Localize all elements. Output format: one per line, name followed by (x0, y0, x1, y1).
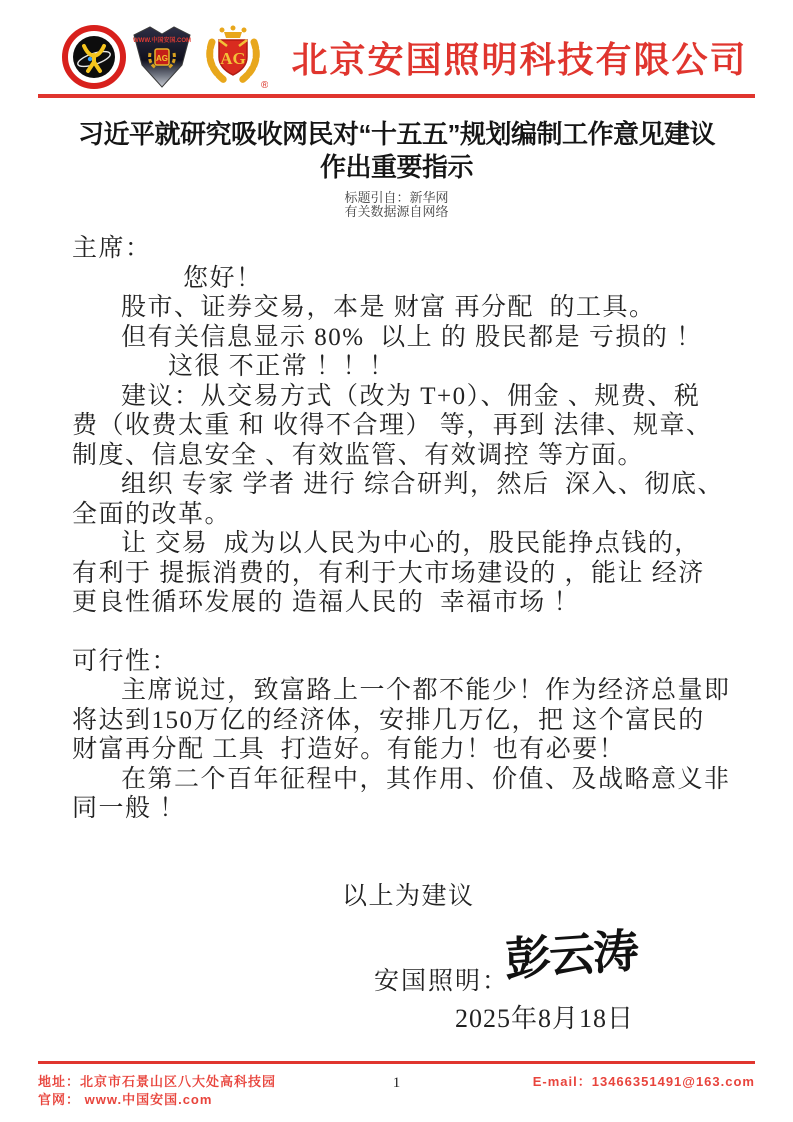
header: WWW.中国安国.COM AG AG ® 北京安国照明科技有限公司 (0, 0, 793, 90)
logo-row: WWW.中国安国.COM AG AG ® (62, 24, 268, 90)
handwritten-signature: 彭云涛 (505, 934, 637, 976)
body-line: 这很 不正常 ！！！ (72, 352, 737, 382)
body-line: 费（收费太重 和 收得不合理） 等，再到 法律、规章、 (72, 411, 737, 441)
footer-contact-left: 地址：北京市石景山区八大处高科技园 官网： www.中国安国.com (38, 1073, 276, 1109)
body-line: 制度、信息安全 、有效监管、有效调控 等方面。 (72, 441, 737, 471)
body-line: 将达到150万亿的经济体，安排几万亿，把 这个富民的 (72, 706, 737, 736)
laurel-ag-text: AG (220, 49, 246, 68)
laurel-ag-logo-icon: AG ® (198, 24, 268, 90)
body-line: 有利于 提振消费的，有利于大市场建设的 ，能让 经济 (72, 559, 737, 589)
body-line: 可行性： (72, 647, 737, 677)
body-line: 股市、证券交易，本是 财富 再分配 的工具。 (72, 293, 737, 323)
signer-label: 安国照明： (374, 965, 509, 998)
body-line: 组织 专家 学者 进行 综合研判，然后 深入、彻底、 (72, 470, 737, 500)
signature-row: 安国照明： 彭云涛 (72, 965, 637, 998)
body-line: 更良性循环发展的 造福人民的 幸福市场 ！ (72, 588, 737, 618)
body-line: 主席说过，致富路上一个都不能少！作为经济总量即 (72, 676, 737, 706)
footer-website: 官网： www.中国安国.com (38, 1091, 276, 1109)
letter-body: 主席： 您好！ 股市、证券交易，本是 财富 再分配 的工具。 但有关信息显示 8… (72, 234, 737, 1034)
company-name: 北京安国照明科技有限公司 (284, 32, 755, 83)
body-line: 全面的改革。 (72, 500, 737, 530)
closing-line: 以上为建议 (342, 882, 737, 912)
medal-figure-logo-icon (62, 25, 126, 89)
body-line: 但有关信息显示 80% 以上 的 股民都是 亏损的 ！ (72, 323, 737, 353)
registered-mark: ® (261, 80, 268, 90)
title-line-1: 习近平就研究吸收网民对“十五五”规划编制工作意见建议 (0, 118, 793, 151)
shield-arc-text: WWW.中国安国.COM (133, 36, 191, 44)
source-line-2: 有关数据源自网络 (0, 205, 793, 219)
source-note: 标题引自：新华网 有关数据源自网络 (0, 191, 793, 219)
body-line: 同一般 ！ (72, 794, 737, 824)
header-divider (38, 94, 755, 98)
body-line: 在第二个百年征程中，其作用、价值、及战略意义非 (72, 765, 737, 795)
body-line: 主席： (72, 234, 737, 264)
shield-logo-icon: WWW.中国安国.COM AG (129, 25, 195, 89)
footer-address: 地址：北京市石景山区八大处高科技园 (38, 1073, 276, 1091)
footer-email: E-mail：13466351491@163.com (533, 1073, 755, 1091)
body-line: 让 交易 成为以人民为中心的，股民能挣点钱的， (72, 529, 737, 559)
page-number: 1 (393, 1075, 401, 1092)
date-line: 2025年8月18日 (72, 1004, 634, 1034)
letter-page: WWW.中国安国.COM AG AG ® 北京安国照明科技有限公司 (0, 0, 793, 1122)
body-line: 建议：从交易方式（改为 T+0）、佣金 、规费、税 (72, 382, 737, 412)
body-line: 您好！ (72, 264, 737, 294)
document-title: 习近平就研究吸收网民对“十五五”规划编制工作意见建议 作出重要指示 (0, 118, 793, 184)
title-line-2: 作出重要指示 (0, 151, 793, 184)
body-line: 财富再分配 工具 打造好。有能力！也有必要！ (72, 735, 737, 765)
source-line-1: 标题引自：新华网 (0, 191, 793, 205)
shield-ag-text: AG (156, 54, 168, 63)
